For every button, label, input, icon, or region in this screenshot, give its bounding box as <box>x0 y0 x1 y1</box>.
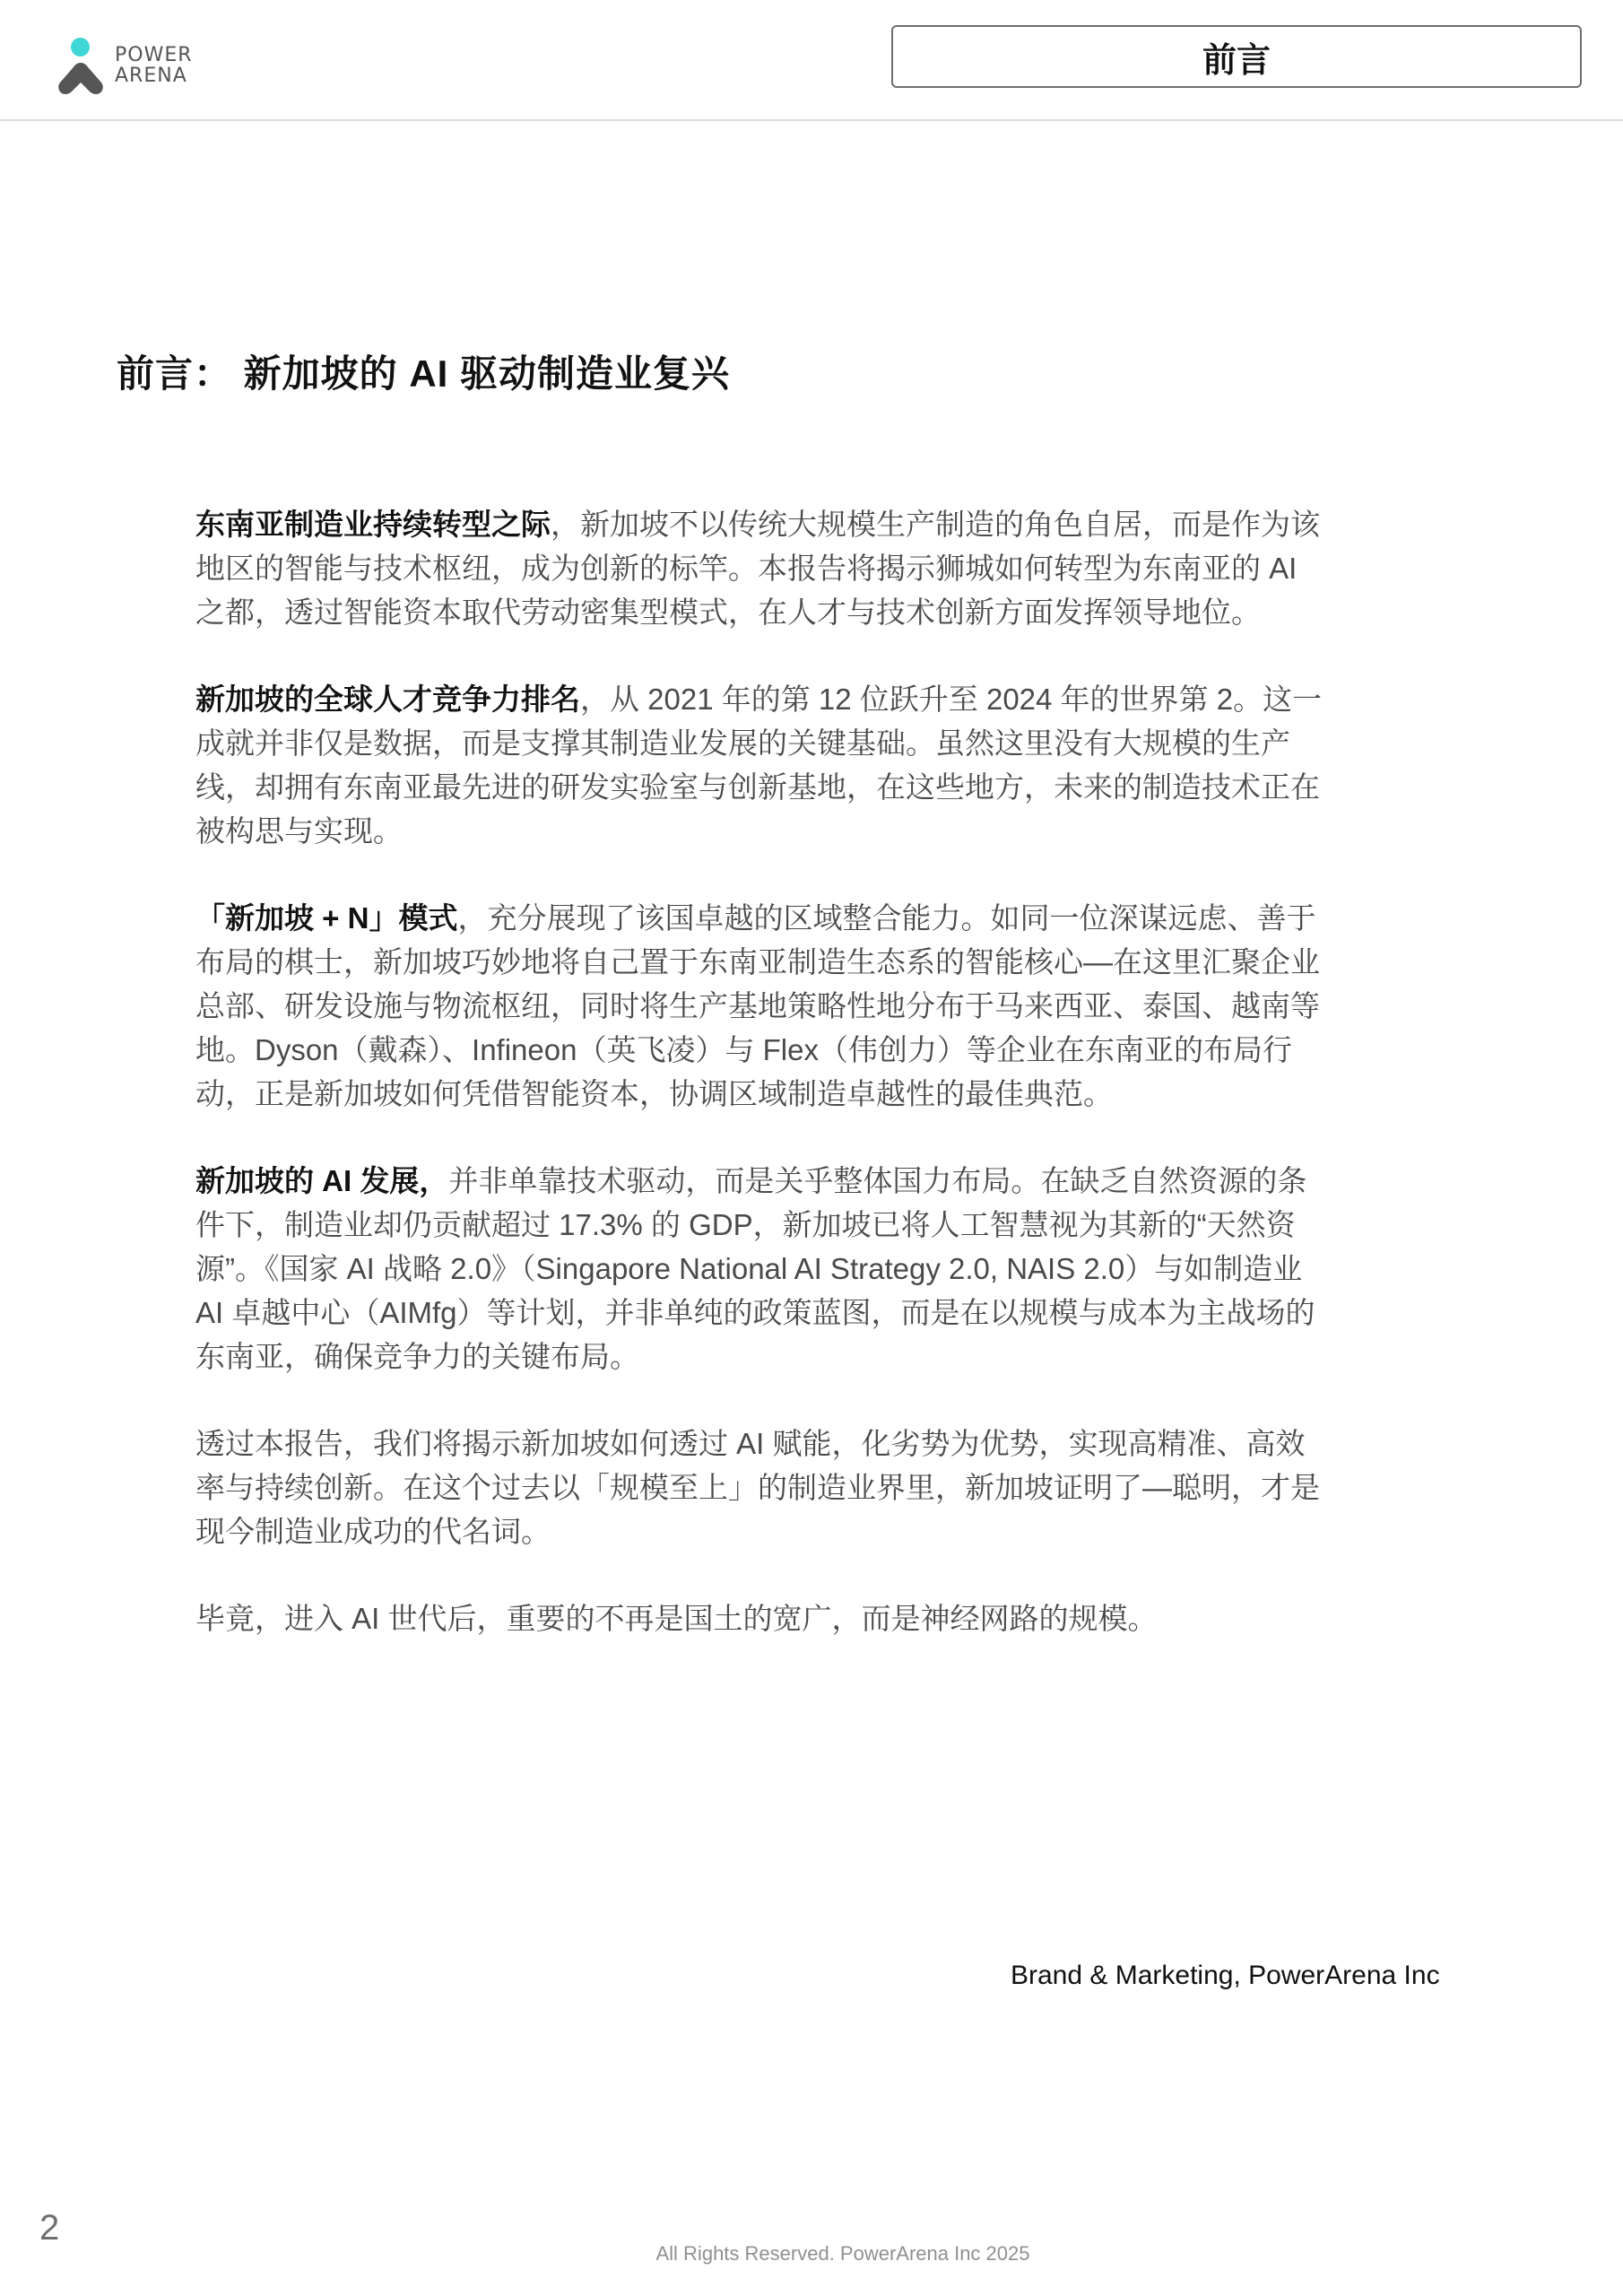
paragraph-lead: 东南亚制造业持续转型之际 <box>195 508 551 541</box>
copyright-footer: All Rights Reserved. PowerArena Inc 2025 <box>0 2242 1623 2266</box>
paragraph-2: 新加坡的全球人才竞争力排名，从 2021 年的第 12 位跃升至 2024 年的… <box>195 677 1325 853</box>
paragraph-lead: 新加坡的 AI 发展， <box>195 1164 448 1197</box>
logo-heart-icon <box>57 61 104 95</box>
logo-line-2: ARENA <box>115 65 193 86</box>
paragraph-lead: 新加坡的全球人才竞争力排名 <box>195 683 580 716</box>
signature: Brand & Marketing, PowerArena Inc <box>1011 1961 1440 1991</box>
paragraph-6: 毕竟，进入 AI 世代后，重要的不再是国土的宽广，而是神经网路的规模。 <box>195 1596 1325 1640</box>
copyright-text: All Rights Reserved. PowerArena Inc 2025 <box>656 2242 1030 2265</box>
paragraph-3: 「新加坡 + N」模式，充分展现了该国卓越的区域整合能力。如同一位深谋远虑、善于… <box>195 896 1325 1116</box>
body-content: 东南亚制造业持续转型之际，新加坡不以传统大规模生产制造的角色自居，而是作为该地区… <box>195 502 1325 1683</box>
section-label-box: 前言 <box>891 25 1582 88</box>
logo-mark-icon <box>57 38 104 95</box>
logo-line-1: POWER <box>115 45 193 65</box>
paragraph-1: 东南亚制造业持续转型之际，新加坡不以传统大规模生产制造的角色自居，而是作为该地区… <box>195 502 1325 634</box>
logo-dot-icon <box>71 38 90 57</box>
paragraph-4: 新加坡的 AI 发展，并非单靠技术驱动，而是关乎整体国力布局。在缺乏自然资源的条… <box>195 1159 1325 1378</box>
paragraph-text: 毕竟，进入 AI 世代后，重要的不再是国土的宽广，而是神经网路的规模。 <box>195 1602 1158 1635</box>
paragraph-text: 透过本报告，我们将揭示新加坡如何透过 AI 赋能，化劣势为优势，实现高精准、高效… <box>195 1427 1320 1548</box>
page-title: 前言： 新加坡的 AI 驱动制造业复兴 <box>117 344 730 398</box>
section-label: 前言 <box>1202 32 1271 82</box>
logo-wordmark: POWER ARENA <box>115 45 193 86</box>
paragraph-lead: 「新加坡 + N」模式 <box>195 901 457 935</box>
paragraph-5: 透过本报告，我们将揭示新加坡如何透过 AI 赋能，化劣势为优势，实现高精准、高效… <box>195 1422 1325 1553</box>
powerarena-logo: POWER ARENA <box>57 38 219 97</box>
page-header: POWER ARENA 前言 <box>0 0 1623 121</box>
